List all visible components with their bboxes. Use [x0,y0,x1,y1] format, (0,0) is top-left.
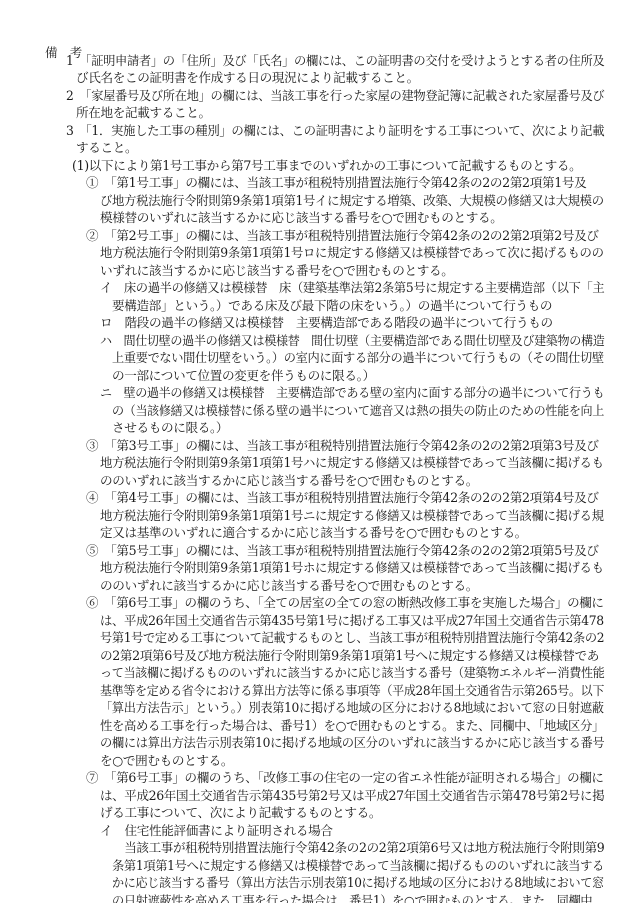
document-page: 備 考 1 「証明申請者」の「住所」及び「氏名」の欄には、この証明書の交付を受け… [0,0,630,903]
remark-line: 地方税法施行令附則第9条第1項第1号ホに規定する修繕又は模様替であって当該欄に掲… [100,559,604,576]
remark-line: を○で囲むものとする。 [100,752,233,769]
remark-line: び氏名をこの証明書を作成する日の現況により記載すること。 [76,69,419,86]
remark-line: 3 「1．実施した工事の種別」の欄には、この証明書により証明をする工事について、… [66,122,604,139]
remark-line: 性を高める工事を行った場合は、番号1）を○で囲むものとする。また、同欄中、「地域… [100,717,604,734]
remark-line: ③ 「第3号工事」の欄には、当該工事が租税特別措置法施行令第42条の2の2第2項… [86,437,599,454]
remark-line: って当該欄に掲げるもののいずれに該当するかに応じ該当する番号（建築物エネルギー消… [100,664,604,681]
remark-line: 2 「家屋番号及び所在地」の欄には、当該工事を行った家屋の建物登記簿に記載された… [66,87,604,104]
remark-line: 地方税法施行令附則第9条第1項第1号ニに規定する修繕又は模様替であって当該欄に掲… [100,507,604,524]
remark-line: ⑦ 「第6号工事」の欄のうち、「改修工事の住宅の一定の省エネ性能が証明される場合… [86,769,604,786]
remark-line: 定又は基準のいずれに適合するかに応じ該当する番号を○で囲むものとする。 [100,524,527,541]
remark-line: 模様替のいずれに該当するかに応じ該当する番号を○で囲むものとする。 [100,209,502,226]
remark-line: 当該工事が租税特別措置法施行令第42条の2の2第2項第6号又は地方税法施行令附則… [112,839,604,856]
remark-line: 号第1号で定める工事について記載するものとし、当該工事が租税特別措置法施行令第4… [100,629,604,646]
remark-line: の2第2項第6号及び地方税法施行令附則第9条第1項第1号へに規定する修繕又は模様… [100,647,599,664]
remark-line: 基準等を定める省令における算出方法等に係る事項等（平成28年国土交通省告示第26… [100,682,604,699]
remark-line: イ 住宅性能評価書により証明される場合 [100,822,333,839]
remark-line: させるものに限る。） [112,419,228,436]
remark-line: の日射遮蔽性を高める工事を行った場合は、番号1）を○で囲むものとする。また、同欄… [112,892,604,903]
remark-line: ① 「第1号工事」の欄には、当該工事が租税特別措置法施行令第42条の2の2第2項… [86,174,586,191]
remark-line: げる工事について、次により記載するものとする。 [100,804,381,821]
remark-line: 「算出方法告示」という。）別表第10に掲げる地域の区分における8地域において窓の… [100,699,604,716]
remark-line: ハ 間仕切壁の過半の修繕又は模様替 間仕切壁（主要構造部である間仕切壁及び建築物… [100,332,604,349]
remark-line: 要構造部」という。）である床及び最下階の床をいう。）の過半について行うもの [112,297,552,314]
remark-line: は、平成26年国土交通省告示第435号第2号又は平成27年国土交通省告示第478… [100,787,604,804]
remark-line: 条第1項第1号へに規定する修繕又は模様替であって当該欄に掲げるもののいずれに該当… [112,857,604,874]
remark-line: ④ 「第4号工事」の欄には、当該工事が租税特別措置法施行令第42条の2の2第2項… [86,489,599,506]
remark-line: は、平成26年国土交通省告示第435号第1号に掲げる工事又は平成27年国土交通省… [100,612,604,629]
remark-line: の（当該修繕又は模様替に係る壁の過半について遮音又は熱の損失の防止のための性能を… [112,402,604,419]
remark-line: (1)以下により第1号工事から第7号工事までのいずれかの工事について記載するもの… [72,157,581,174]
remark-line: ② 「第2号工事」の欄には、当該工事が租税特別措置法施行令第42条の2の2第2項… [86,227,599,244]
remark-line: イ 床の過半の修繕又は模様替 床（建築基準法第2条第5号に規定する主要構造部（以… [100,279,604,296]
remark-line: ニ 壁の過半の修繕又は模様替 主要構造部である壁の室内に面する部分の過半について… [100,384,604,401]
remark-line: 1 「証明申請者」の「住所」及び「氏名」の欄には、この証明書の交付を受けようとす… [66,52,604,69]
remark-line: ⑤ 「第5号工事」の欄には、当該工事が租税特別措置法施行令第42条の2の2第2項… [86,542,599,559]
remark-line: すること。 [76,139,137,156]
remark-line: 地方税法施行令附則第9条第1項第1号ハに規定する修繕又は模様替であって当該欄に掲… [100,454,604,471]
remark-line: 地方税法施行令附則第9条第1項第1号ロに規定する修繕又は模様替であって次に掲げる… [100,244,604,261]
remark-line: かに応じ該当する番号（算出方法告示別表第10に掲げる地域の区分における8地域にお… [112,874,604,891]
remark-line: び地方税法施行令附則第9条第1項第1号イに規定する増築、改築、大規模の修繕又は大… [100,192,604,209]
remark-line: ののいずれに該当するかに応じ該当する番号を○で囲むものとする。 [100,577,478,594]
remark-line: ののいずれに該当するかに応じ該当する番号を○で囲むものとする。 [100,472,478,489]
remark-line: の欄には算出方法告示別表第10に掲げる地域の区分のいずれに該当するかに応じ該当す… [100,734,604,751]
remark-line: 上重要でない間仕切壁をいう。）の室内に面する部分の過半について行うもの（その間仕… [112,349,604,366]
remark-line: ロ 階段の過半の修繕又は模様替 主要構造部である階段の過半について行うもの [100,314,553,331]
remark-line: いずれに該当するかに応じ該当する番号を○で囲むものとする。 [100,262,453,279]
remark-line: ⑥ 「第6号工事」の欄のうち、「全ての居室の全ての窓の断熱改修工事を実施した場合… [86,594,604,611]
remark-line: 所在地を記載すること。 [76,104,211,121]
remark-line: の一部について位置の変更を伴うものに限る。） [112,367,375,384]
